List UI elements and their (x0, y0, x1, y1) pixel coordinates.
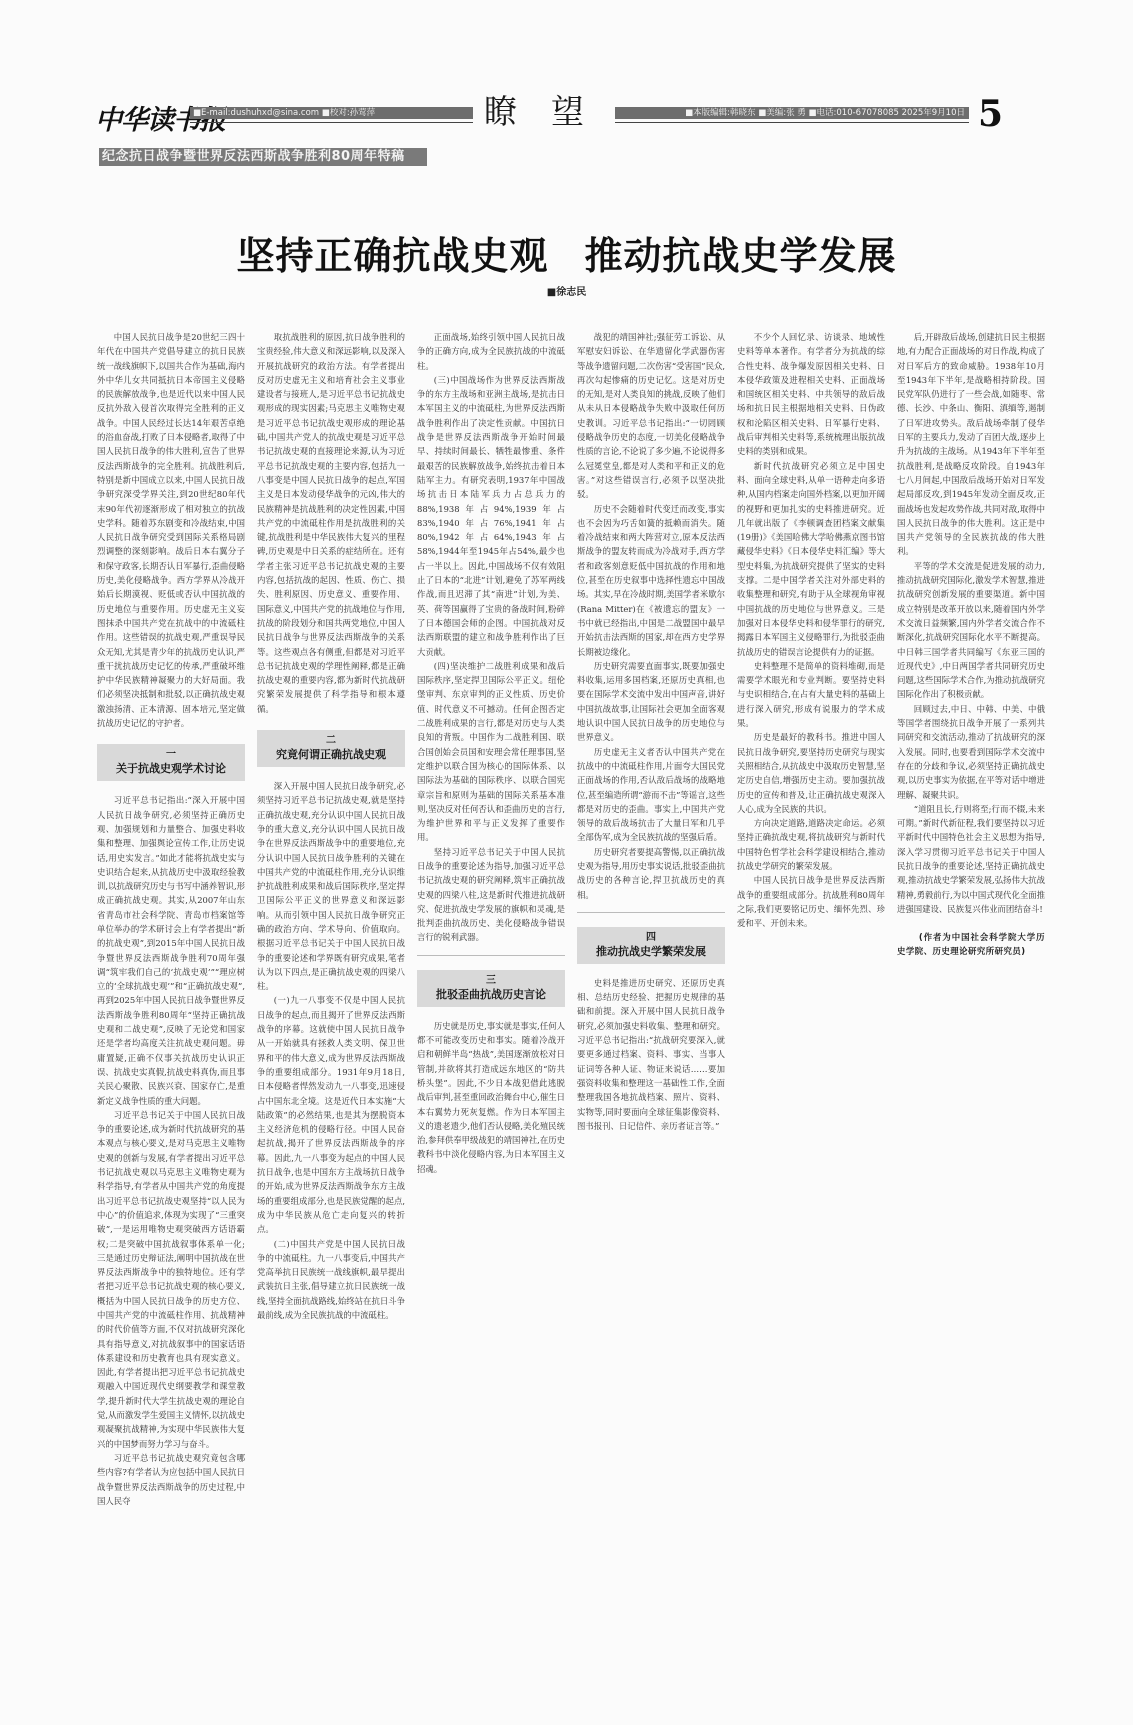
editor-bar: ■本版编辑:韩晓东 ■美编:张 勇 ■电话:010-67078085 2025年… (615, 107, 969, 119)
headline-part-1: 坚持正确抗战史观 (236, 233, 548, 278)
paragraph: (三)中国战场作为世界反法西斯战争的东方主战场和亚洲主战场,是抗击日本军国主义的… (417, 373, 565, 659)
paragraph: 史料是推进历史研究、还原历史真相、总结历史经验、把握历史规律的基础和前提。深入开… (577, 976, 725, 1133)
paragraph: (二)中国共产党是中国人民抗日战争的中流砥柱。九一八事变后,中国共产党高举抗日民… (257, 1237, 405, 1323)
paragraph: 历史研究者要提高警惕,以正确抗战史观为指导,用历史事实说话,批驳歪曲抗战历史的各… (577, 845, 725, 902)
headline-part-2: 推动抗战史学发展 (585, 233, 897, 278)
paragraph: 坚持习近平总书记关于中国人民抗日战争的重要论述为指导,加强习近平总书记抗战史观的… (417, 845, 565, 945)
masthead-rule-right (615, 122, 969, 123)
paragraph: 历史是最好的教科书。推进中国人民抗日战争研究,要坚持历史研究与现实关照相结合,从… (737, 730, 885, 816)
special-feature-banner: 纪念抗日战争暨世界反法西斯战争胜利80周年特稿 (99, 148, 427, 166)
paragraph: (四)坚决维护二战胜利成果和战后国际秩序,坚定捍卫国际公平正义。纽伦堡审判、东京… (417, 659, 565, 845)
section-title-text: 推动抗战史学繁荣发展 (577, 944, 725, 959)
paragraph: 后,开辟敌后战场,创建抗日民主根据地,有力配合正面战场的对日作战,构成了对日军后… (897, 330, 1045, 559)
section-title-text: 批驳歪曲抗战历史言论 (417, 987, 565, 1002)
byline: ■徐志民 (0, 283, 1133, 298)
paragraph: 新时代抗战研究必须立足中国史料、面向全球史料,从单一语种走向多语种,从国内档案走… (737, 459, 885, 659)
paragraph: 历史不会随着时代变迁而改变,事实也不会因为巧舌如簧的抵赖而消失。随着冷战结束和两… (577, 502, 725, 659)
paragraph: 历史虚无主义者否认中国共产党在抗战中的中流砥柱作用,片面夸大国民党正面战场的作用… (577, 745, 725, 845)
section-heading: 四推动抗战史学繁荣发展 (577, 927, 725, 964)
section-number: 二 (257, 734, 405, 747)
section-number: 一 (97, 748, 245, 761)
paragraph: “道阻且长,行则将至;行而不辍,未来可期。”新时代新征程,我们要坚持以习近平新时… (897, 802, 1045, 916)
paragraph: 平等的学术交流是促进发展的动力,推动抗战研究国际化,激发学术智慧,推进抗战研究创… (897, 559, 1045, 702)
paragraph: 回顾过去,中日、中韩、中美、中俄等国学者围绕抗日战争开展了一系列共同研究和交流活… (897, 702, 1045, 802)
paragraph: 战犯的靖国神社;强征劳工诉讼、从军慰安妇诉讼、在华遗留化学武器伤害等战争遗留问题… (577, 330, 725, 502)
paragraph: 习近平总书记抗战史观究竟包含哪些内容?有学者认为应包括中国人民抗日战争暨世界反法… (97, 1451, 245, 1508)
paragraph: 取抗战胜利的原因,抗日战争胜利的宝贵经验,伟大意义和深远影响,以及深入开展抗战研… (257, 330, 405, 716)
section-title: 瞭望 (484, 94, 618, 130)
section-title-text: 究竟何谓正确抗战史观 (257, 747, 405, 762)
section-number: 四 (577, 931, 725, 944)
paragraph: 中国人民抗日战争是世界反法西斯战争的重要组成部分。抗战胜利80周年之际,我们更要… (737, 873, 885, 930)
paragraph: 习近平总书记指出:“深入开展中国人民抗日战争研究,必须坚持正确历史观、加强规划和… (97, 793, 245, 1108)
paragraph: 历史研究需要直面事实,既要加强史料收集,运用多国档案,还原历史真相,也要在国际学… (577, 659, 725, 745)
paragraph: 史料整理不是简单的资料堆砌,而是需要学术眼光和专业判断。要坚持史料与史识相结合,… (737, 659, 885, 730)
paragraph: 深入开展中国人民抗日战争研究,必须坚持习近平总书记抗战史观,就是坚持正确抗战史观… (257, 779, 405, 993)
paragraph: (一)九一八事变不仅是中国人民抗日战争的起点,而且揭开了世界反法西斯战争的序幕。… (257, 993, 405, 1236)
text-column-5: 不少个人回忆录、访谈录、地域性史料等单本著作。有学者分为抗战的综合性史料、战争爆… (737, 330, 885, 1640)
section-number: 三 (417, 974, 565, 987)
paragraph: 中国人民抗日战争是20世纪三四十年代在中国共产党倡导建立的抗日民族统一战线旗帜下… (97, 330, 245, 730)
contact-bar: ■E-mail:dushuhxd@sina.com ■校对:孙莺萍 (190, 107, 473, 119)
article-body: 中国人民抗日战争是20世纪三四十年代在中国共产党倡导建立的抗日民族统一战线旗帜下… (97, 330, 1049, 1640)
paragraph: 正面战场,始终引领中国人民抗日战争的正确方向,成为全民族抗战的中流砥柱。 (417, 330, 565, 373)
paragraph: 历史就是历史,事实就是事实,任何人都不可能改变历史和事实。随着冷战开启和朝鲜半岛… (417, 1019, 565, 1176)
paragraph: 习近平总书记关于中国人民抗日战争的重要论述,成为新时代抗战研究的基本观点与核心要… (97, 1108, 245, 1451)
text-column-1: 中国人民抗日战争是20世纪三四十年代在中国共产党倡导建立的抗日民族统一战线旗帜下… (97, 330, 245, 1640)
page-number: 5 (978, 96, 1003, 132)
paragraph: 方向决定道路,道路决定命运。必须坚持正确抗战史观,将抗战研究与新时代中国特色哲学… (737, 816, 885, 873)
section-title-text: 关于抗战史观学术讨论 (97, 761, 245, 776)
text-column-4: 战犯的靖国神社;强征劳工诉讼、从军慰安妇诉讼、在华遗留化学武器伤害等战争遗留问题… (577, 330, 725, 1640)
text-column-6: 后,开辟敌后战场,创建抗日民主根据地,有力配合正面战场的对日作战,构成了对日军后… (897, 330, 1045, 1640)
paragraph: 不少个人回忆录、访谈录、地域性史料等单本著作。有学者分为抗战的综合性史料、战争爆… (737, 330, 885, 459)
text-column-2: 取抗战胜利的原因,抗日战争胜利的宝贵经验,伟大意义和深远影响,以及深入开展抗战研… (257, 330, 405, 1640)
article-headline: 坚持正确抗战史观推动抗战史学发展 (0, 225, 1133, 280)
author-affiliation-note: (作者为中国社会科学院大学历史学院、历史理论研究所研究员) (897, 930, 1045, 958)
masthead: 中华读书报 ■E-mail:dushuhxd@sina.com ■校对:孙莺萍 … (0, 0, 1133, 130)
section-divider (577, 912, 725, 913)
section-divider (417, 955, 565, 956)
section-heading: 一关于抗战史观学术讨论 (97, 744, 245, 781)
text-column-3: 正面战场,始终引领中国人民抗日战争的正确方向,成为全民族抗战的中流砥柱。(三)中… (417, 330, 565, 1640)
section-heading: 三批驳歪曲抗战历史言论 (417, 970, 565, 1007)
section-heading: 二究竟何谓正确抗战史观 (257, 730, 405, 767)
masthead-rule-left (190, 122, 473, 123)
